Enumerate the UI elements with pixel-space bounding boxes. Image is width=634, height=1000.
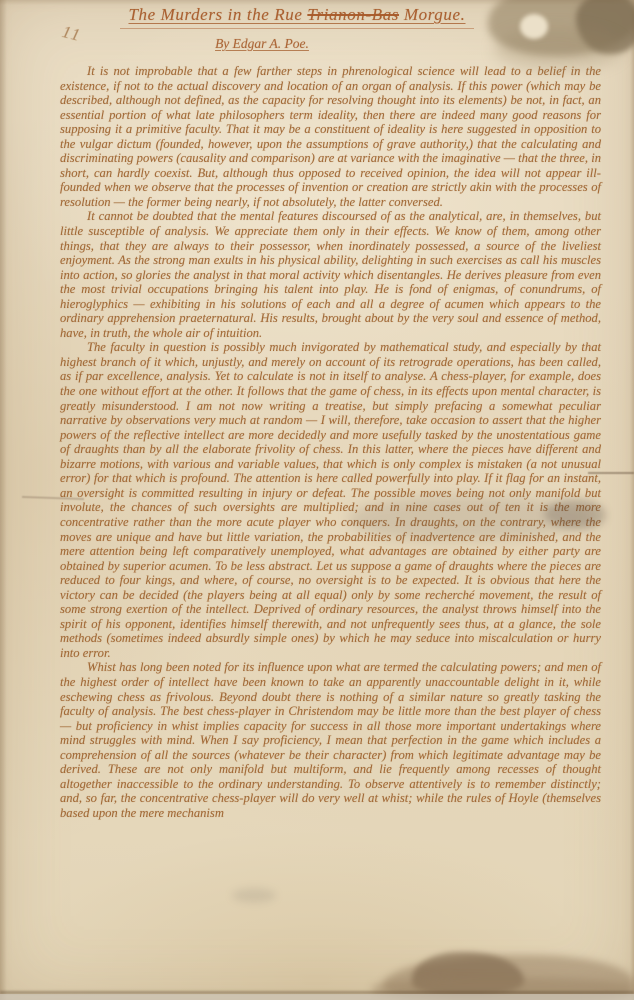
title-suffix: Morgue.: [399, 5, 466, 24]
smudge-bottom-left: [232, 888, 276, 903]
stain-bottom-edge: [382, 955, 634, 1000]
paper-edge-bottom-strip: [0, 994, 634, 1000]
paragraph-3: The faculty in question is possibly much…: [60, 340, 601, 660]
stain-bottom-edge-core: [412, 952, 524, 996]
paper-edge-left: [0, 0, 7, 1000]
paragraph-4: Whist has long been noted for its influe…: [60, 660, 601, 820]
stain-bottom-edge-band: [372, 978, 634, 1000]
manuscript-title: The Murders in the Rue Trianon-Bas Morgu…: [0, 5, 594, 29]
title-underlined-text: The Murders in the Rue Trianon-Bas Morgu…: [120, 5, 473, 29]
byline: By Edgar A. Poe.: [0, 36, 524, 52]
paper-edge-right: [630, 0, 634, 1000]
byline-text: By Edgar A. Poe.: [215, 36, 309, 52]
manuscript-page: 11 The Murders in the Rue Trianon-Bas Mo…: [0, 0, 634, 1000]
title-struck-text: Trianon-Bas: [307, 5, 399, 24]
paper-edge-bottom-line: [0, 991, 634, 994]
paragraph-2: It cannot be doubted that the mental fea…: [60, 209, 601, 340]
manuscript-body: It is not improbable that a few farther …: [60, 64, 601, 820]
paragraph-1: It is not improbable that a few farther …: [60, 64, 601, 209]
title-prefix: The Murders in the Rue: [128, 5, 307, 24]
